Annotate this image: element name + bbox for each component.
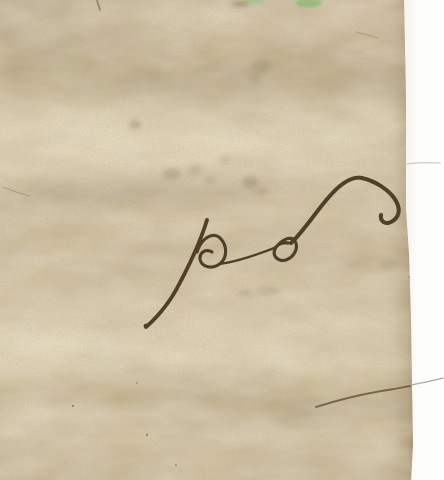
scanned-document xyxy=(0,0,444,480)
paper-sheet xyxy=(0,0,444,480)
crease-shadow-upper xyxy=(0,72,444,88)
scanner-line xyxy=(406,163,441,164)
crease-shadow-middle xyxy=(0,185,262,203)
crease-line-tail xyxy=(411,378,443,385)
